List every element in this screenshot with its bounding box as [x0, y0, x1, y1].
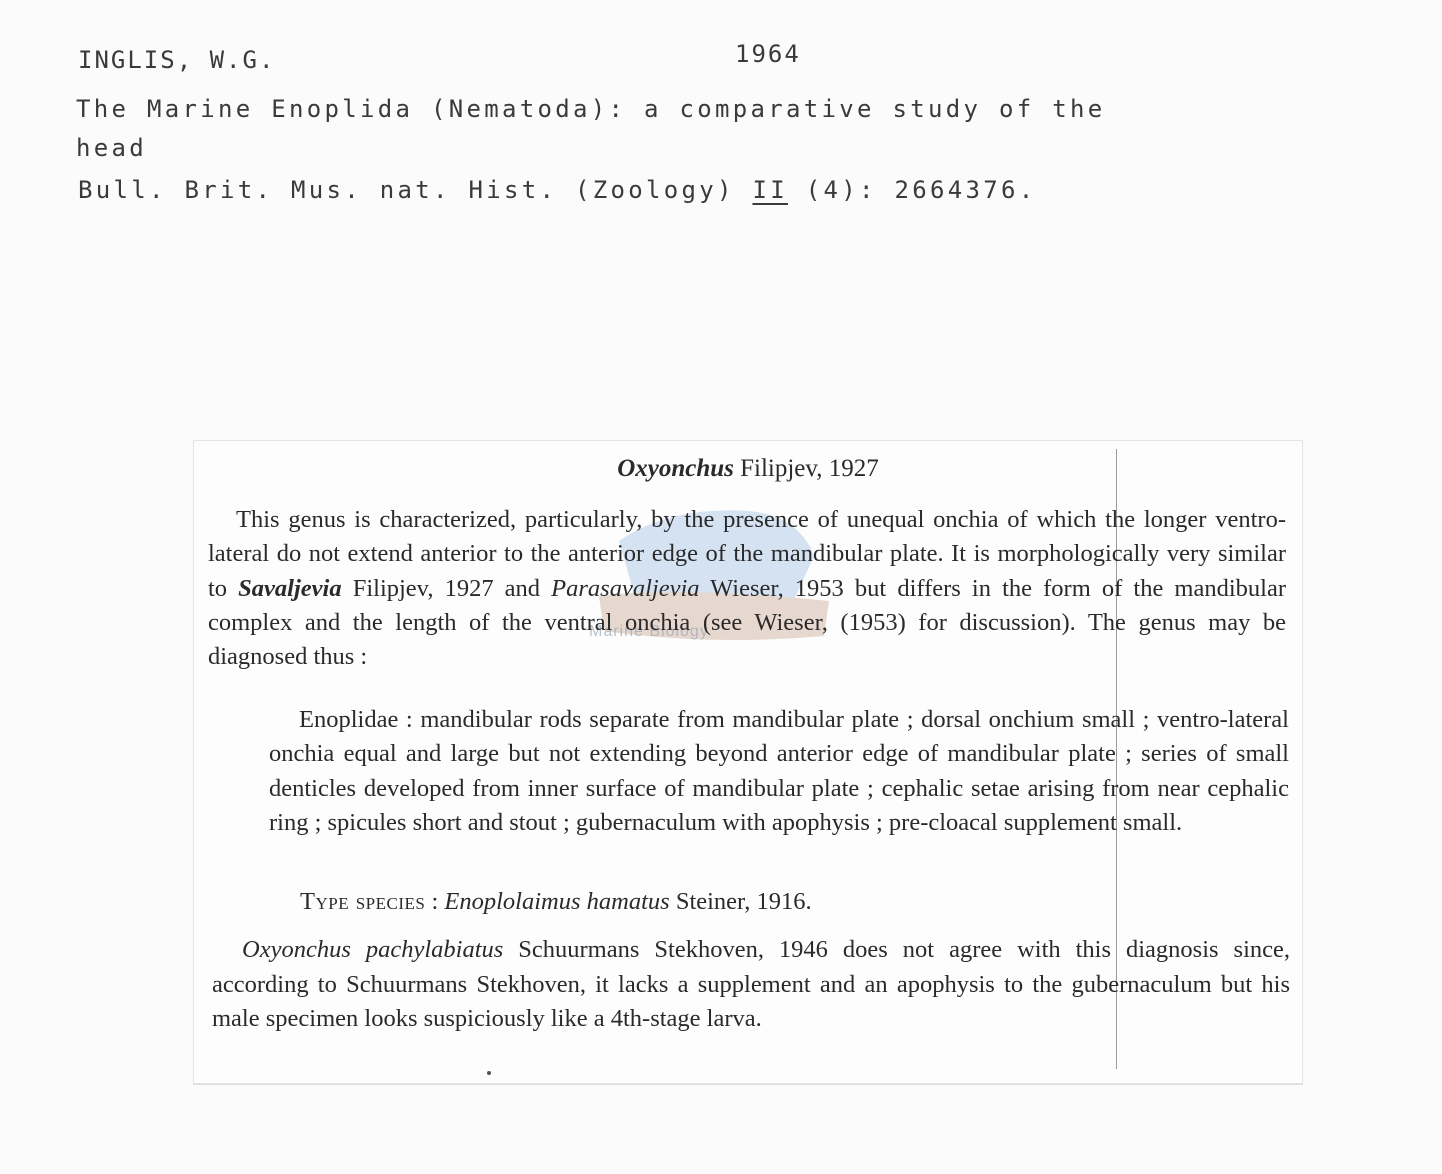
- genus-parasavaljevia: Parasavaljevia: [551, 575, 699, 602]
- pasted-excerpt: Marine Biology Oxyonchus Filipjev, 1927 …: [193, 440, 1303, 1084]
- diagnosis-paragraph: Enoplidae : mandibular rods separate fro…: [269, 703, 1289, 841]
- journal-citation: Bull. Brit. Mus. nat. Hist. (Zoology) II…: [78, 176, 1036, 204]
- genus-heading: Oxyonchus Filipjev, 1927: [194, 455, 1302, 483]
- species-name: Oxyonchus pachylabiatus: [242, 936, 503, 963]
- separator: :: [425, 888, 444, 915]
- index-card-header: INGLIS, W.G. 1964 The Marine Enoplida (N…: [0, 0, 1442, 260]
- article-title-line-2: head: [76, 134, 147, 162]
- issue-pages: (4): 2664376.: [806, 176, 1037, 204]
- author-name: INGLIS, W.G.: [78, 46, 275, 74]
- journal-volume: II: [752, 176, 788, 204]
- genus-name: Oxyonchus: [617, 455, 734, 482]
- remarks-paragraph: Oxyonchus pachylabiatus Schuurmans Stekh…: [212, 933, 1290, 1037]
- publication-year: 1964: [735, 40, 801, 68]
- type-species-name: Enoplolaimus hamatus: [444, 888, 669, 915]
- text-run: Filipjev, 1927 and: [342, 575, 552, 602]
- type-species-line: Type species : Enoplolaimus hamatus Stei…: [300, 885, 1200, 919]
- genus-authority: Filipjev, 1927: [740, 455, 879, 482]
- type-species-label: Type species: [300, 888, 425, 915]
- ink-speck: [487, 1071, 491, 1075]
- journal-name: Bull. Brit. Mus. nat. Hist. (Zoology): [78, 176, 735, 204]
- description-paragraph: This genus is characterized, particularl…: [208, 503, 1286, 674]
- type-species-authority: Steiner, 1916.: [670, 888, 812, 915]
- genus-savaljevia: Savaljevia: [238, 575, 341, 602]
- article-title-line-1: The Marine Enoplida (Nematoda): a compar…: [76, 95, 1105, 123]
